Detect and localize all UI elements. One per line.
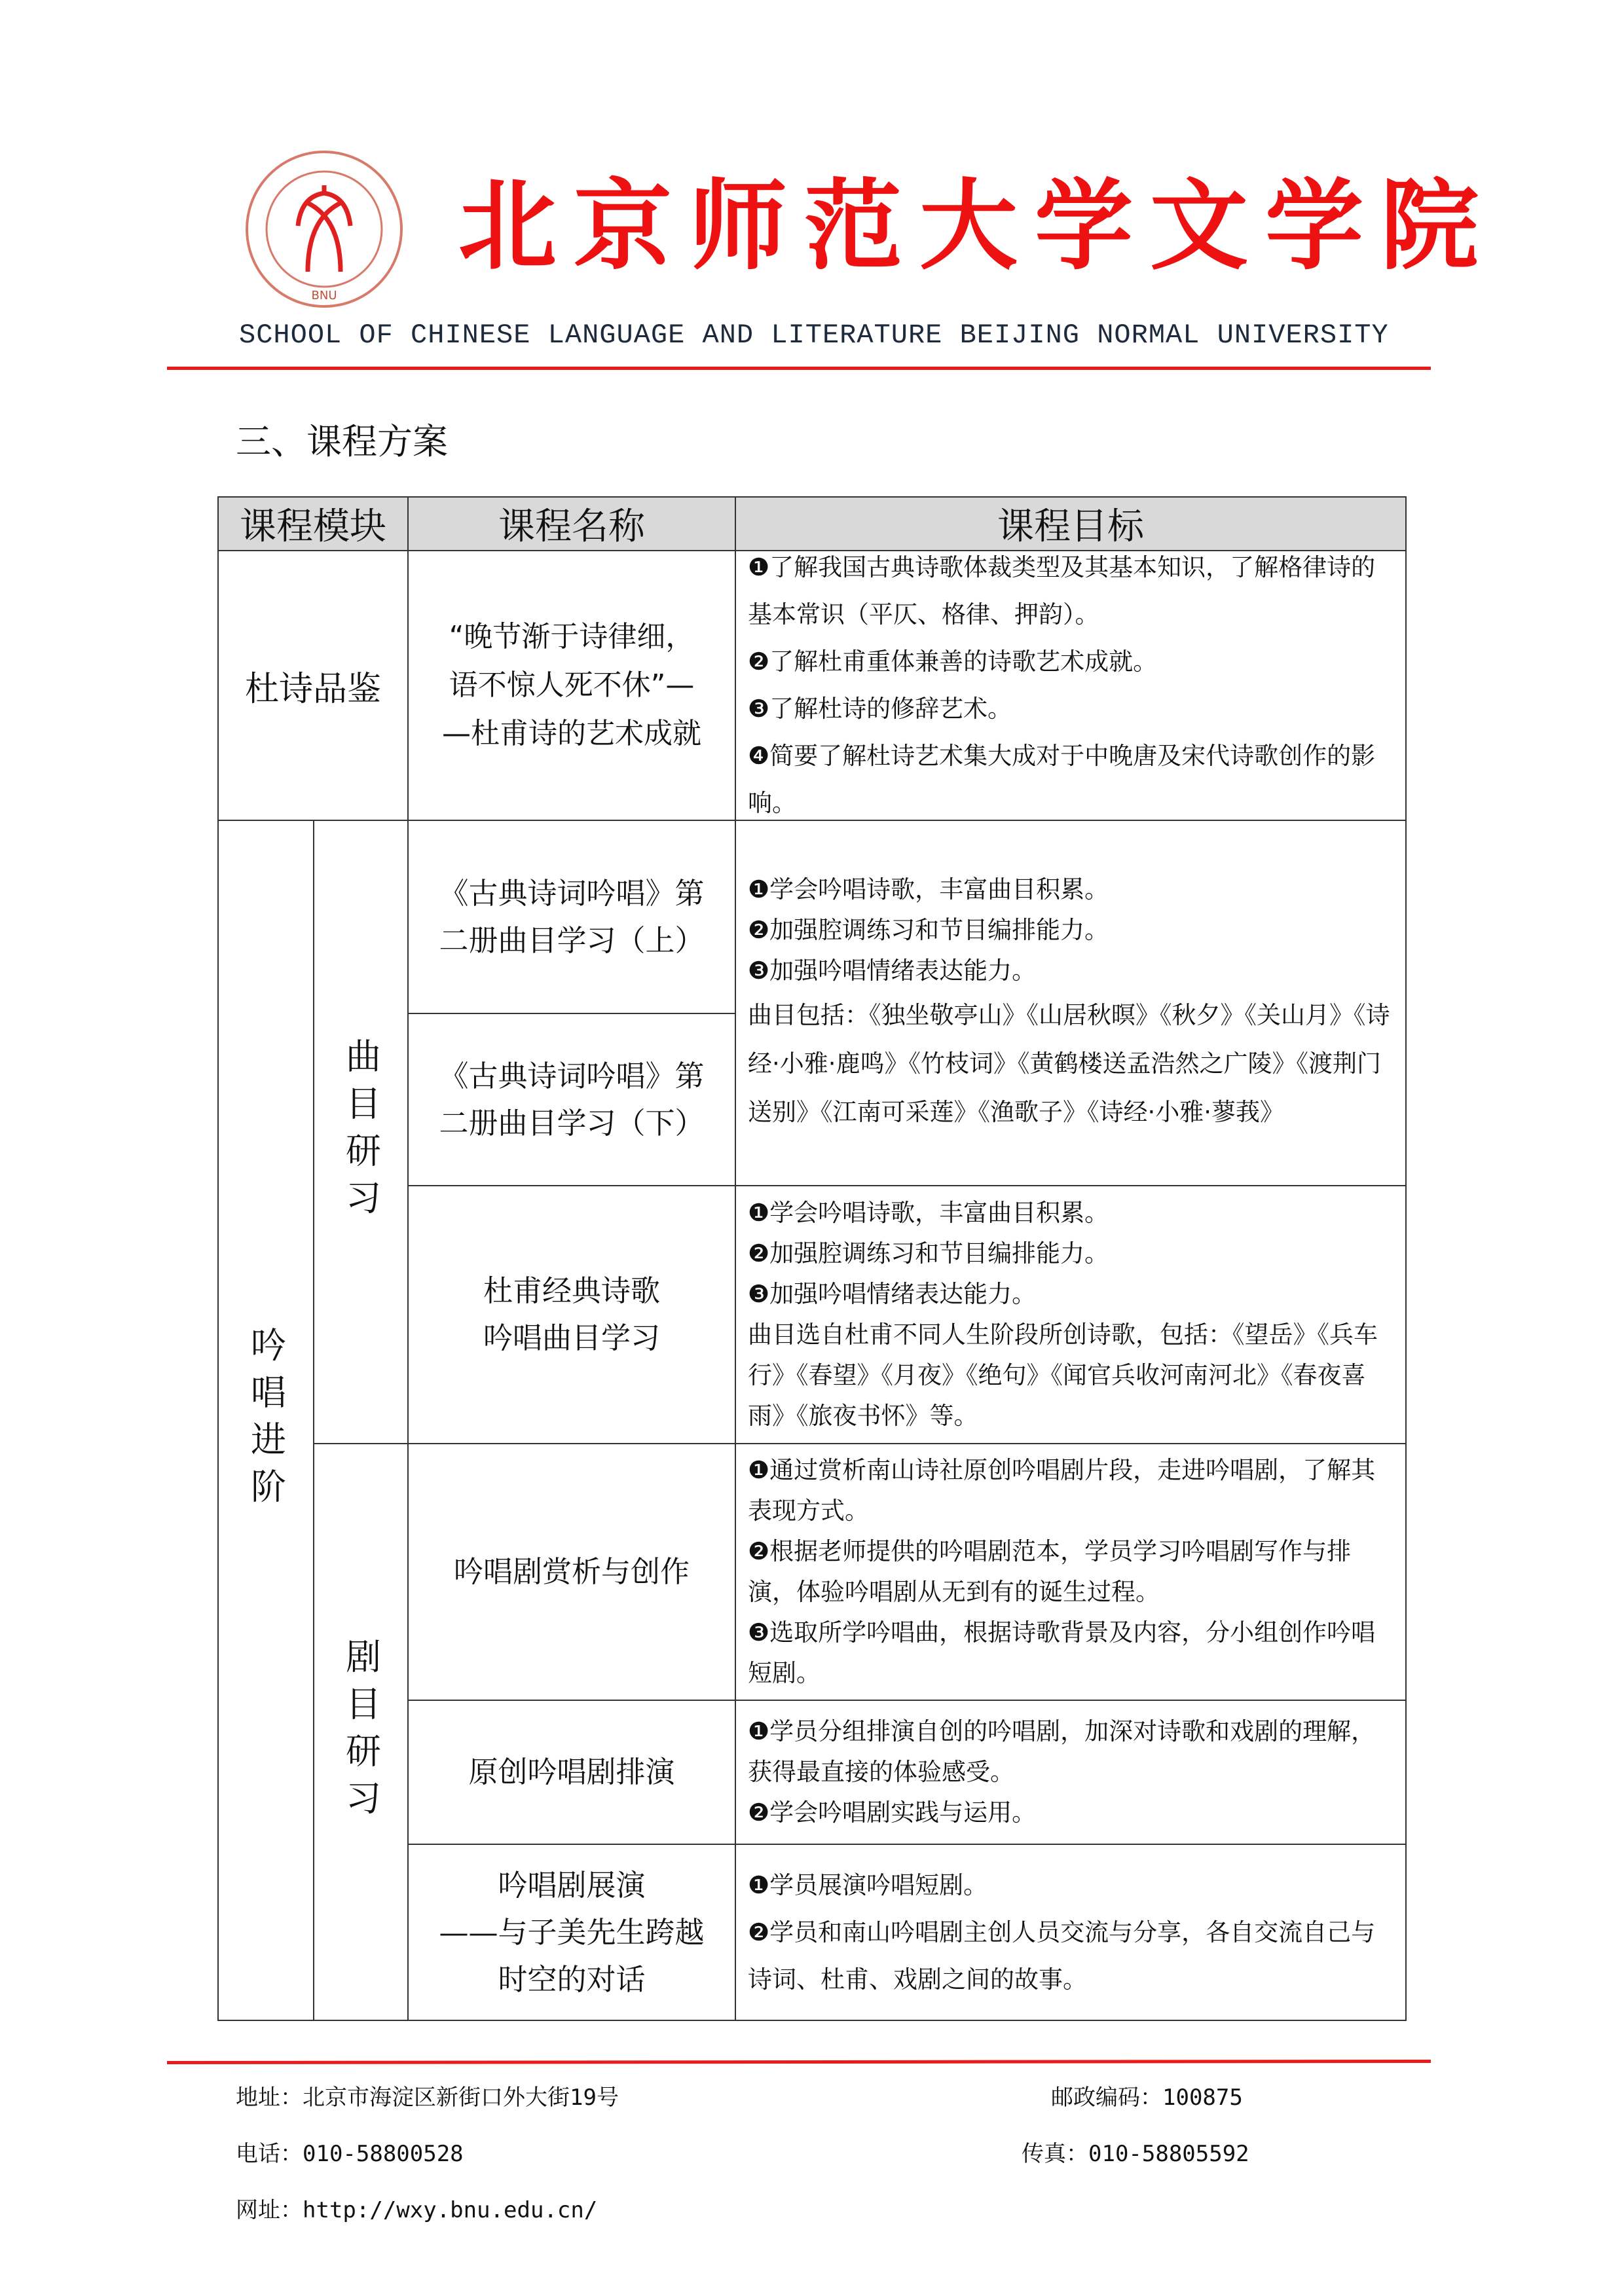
goals-cell-qumu-1-2: ❶学会吟唱诗歌，丰富曲目积累。 ❷加强腔调练习和节目编排能力。 ❸加强吟唱情绪表… — [735, 820, 1407, 1186]
goal-item: ❸了解杜诗的修辞艺术。 — [748, 685, 1393, 733]
course-table: 课程模块 课程名称 课程目标 杜诗品鉴 “晚节渐于诗律细， 语不惊人死不休”— … — [217, 496, 1407, 2021]
course-cell-qumu-1: 《古典诗词吟唱》第 二册曲目学习（上） — [407, 820, 736, 1014]
submodule-label: 剧目研习 — [336, 1638, 386, 1827]
course-line: 原创吟唱剧排演 — [468, 1749, 674, 1796]
course-line: 语不惊人死不休”— — [449, 661, 695, 710]
goal-item: ❸选取所学吟唱曲，根据诗歌背景及内容，分小组创作吟唱短剧。 — [748, 1613, 1393, 1694]
goal-item: ❶学员展演吟唱短剧。 — [748, 1862, 1393, 1909]
course-line: “晚节渐于诗律细， — [449, 613, 695, 661]
repertoire-list: 曲目选自杜甫不同人生阶段所创诗歌，包括：《望岳》《兵车行》《春望》《月夜》《绝句… — [748, 1315, 1393, 1436]
footer-divider — [167, 2060, 1431, 2064]
goals-cell-jumu-2: ❶学员分组排演自创的吟唱剧，加深对诗歌和戏剧的理解，获得最直接的体验感受。 ❷学… — [735, 1700, 1407, 1845]
goal-item: ❶学会吟唱诗歌，丰富曲目积累。 — [748, 1193, 1393, 1233]
svg-text:BNU: BNU — [312, 289, 337, 302]
module-label: 吟唱进阶 — [241, 1326, 291, 1515]
goal-item: ❶通过赏析南山诗社原创吟唱剧片段，走进吟唱剧，了解其表现方式。 — [748, 1450, 1393, 1531]
goal-item: ❶学会吟唱诗歌，丰富曲目积累。 — [748, 869, 1393, 910]
footer-phone: 电话：010-58800528 — [236, 2136, 464, 2168]
submodule-label: 曲目研习 — [336, 1038, 386, 1226]
goals-cell-jumu-1: ❶通过赏析南山诗社原创吟唱剧片段，走进吟唱剧，了解其表现方式。 ❷根据老师提供的… — [735, 1443, 1407, 1701]
goal-item: ❷加强腔调练习和节目编排能力。 — [748, 1233, 1393, 1274]
goal-item: ❷了解杜甫重体兼善的诗歌艺术成就。 — [748, 638, 1393, 685]
course-line: 《古典诗词吟唱》第 — [439, 1053, 704, 1100]
header-divider — [167, 367, 1431, 370]
goal-item: ❷学员和南山吟唱剧主创人员交流与分享，各自交流自己与诗词、杜甫、戏剧之间的故事。 — [748, 1909, 1393, 2003]
goal-item: ❷根据老师提供的吟唱剧范本，学员学习吟唱剧写作与排演，体验吟唱剧从无到有的诞生过… — [748, 1531, 1393, 1613]
repertoire-list: 曲目包括：《独坐敬亭山》《山居秋暝》《秋夕》《关山月》《诗经·小雅·鹿鸣》《竹枝… — [748, 991, 1393, 1137]
goal-item: ❸加强吟唱情绪表达能力。 — [748, 1274, 1393, 1315]
course-cell-jumu-1: 吟唱剧赏析与创作 — [407, 1443, 736, 1701]
column-header-goals: 课程目标 — [735, 496, 1407, 551]
course-line: 吟唱剧展演 — [498, 1862, 645, 1909]
goal-item: ❷学会吟唱剧实践与运用。 — [748, 1793, 1393, 1833]
course-line: 杜甫经典诗歌 — [483, 1267, 660, 1315]
goal-item: ❹简要了解杜诗艺术集大成对于中晚唐及宋代诗歌创作的影响。 — [748, 733, 1393, 827]
footer-fax: 传真：010-58805592 — [1022, 2136, 1249, 2168]
course-line: 吟唱曲目学习 — [483, 1315, 660, 1362]
goals-cell-dushi: ❶了解我国古典诗歌体裁类型及其基本知识，了解格律诗的基本常识（平仄、格律、押韵）… — [735, 550, 1407, 821]
goal-item: ❷加强腔调练习和节目编排能力。 — [748, 910, 1393, 951]
school-name-en: SCHOOL OF CHINESE LANGUAGE AND LITERATUR… — [239, 319, 1389, 351]
course-cell-qumu-2: 《古典诗词吟唱》第 二册曲目学习（下） — [407, 1013, 736, 1186]
goals-cell-jumu-3: ❶学员展演吟唱短剧。 ❷学员和南山吟唱剧主创人员交流与分享，各自交流自己与诗词、… — [735, 1844, 1407, 2021]
footer-website[interactable]: 网址：http://wxy.bnu.edu.cn/ — [236, 2192, 597, 2224]
goal-item: ❶学员分组排演自创的吟唱剧，加深对诗歌和戏剧的理解，获得最直接的体验感受。 — [748, 1711, 1393, 1793]
footer-postcode: 邮政编码：100875 — [1051, 2079, 1243, 2111]
school-name-cn: 北京师范大学文学院 — [458, 164, 1496, 288]
module-cell-dushi: 杜诗品鉴 — [217, 550, 409, 821]
course-line: 二册曲目学习（下） — [439, 1100, 704, 1147]
goals-cell-qumu-3: ❶学会吟唱诗歌，丰富曲目积累。 ❷加强腔调练习和节目编排能力。 ❸加强吟唱情绪表… — [735, 1185, 1407, 1444]
course-line: 时空的对话 — [498, 1956, 645, 2003]
course-line: ——与子美先生跨越 — [439, 1909, 704, 1956]
goal-item: ❶了解我国古典诗歌体裁类型及其基本知识，了解格律诗的基本常识（平仄、格律、押韵）… — [748, 544, 1393, 638]
school-logo: BNU — [242, 147, 406, 311]
course-line: 吟唱剧赏析与创作 — [454, 1548, 690, 1595]
column-header-course: 课程名称 — [407, 496, 736, 551]
course-cell-jumu-2: 原创吟唱剧排演 — [407, 1700, 736, 1845]
bnu-emblem-icon: BNU — [242, 147, 406, 311]
column-header-module: 课程模块 — [217, 496, 409, 551]
course-line: —杜甫诗的艺术成就 — [442, 710, 701, 758]
footer-address: 地址：北京市海淀区新街口外大街19号 — [236, 2079, 619, 2111]
submodule-cell-jumu: 剧目研习 — [313, 1443, 409, 2021]
goal-item: ❸加强吟唱情绪表达能力。 — [748, 951, 1393, 991]
course-line: 二册曲目学习（上） — [439, 917, 704, 964]
course-cell-dushi: “晚节渐于诗律细， 语不惊人死不休”— —杜甫诗的艺术成就 — [407, 550, 736, 821]
course-cell-jumu-3: 吟唱剧展演 ——与子美先生跨越 时空的对话 — [407, 1844, 736, 2021]
section-title: 三、课程方案 — [236, 419, 448, 465]
course-line: 《古典诗词吟唱》第 — [439, 870, 704, 917]
submodule-cell-qumu: 曲目研习 — [313, 820, 409, 1444]
module-cell-yinchang: 吟唱进阶 — [217, 820, 314, 2021]
course-cell-qumu-3: 杜甫经典诗歌 吟唱曲目学习 — [407, 1185, 736, 1444]
